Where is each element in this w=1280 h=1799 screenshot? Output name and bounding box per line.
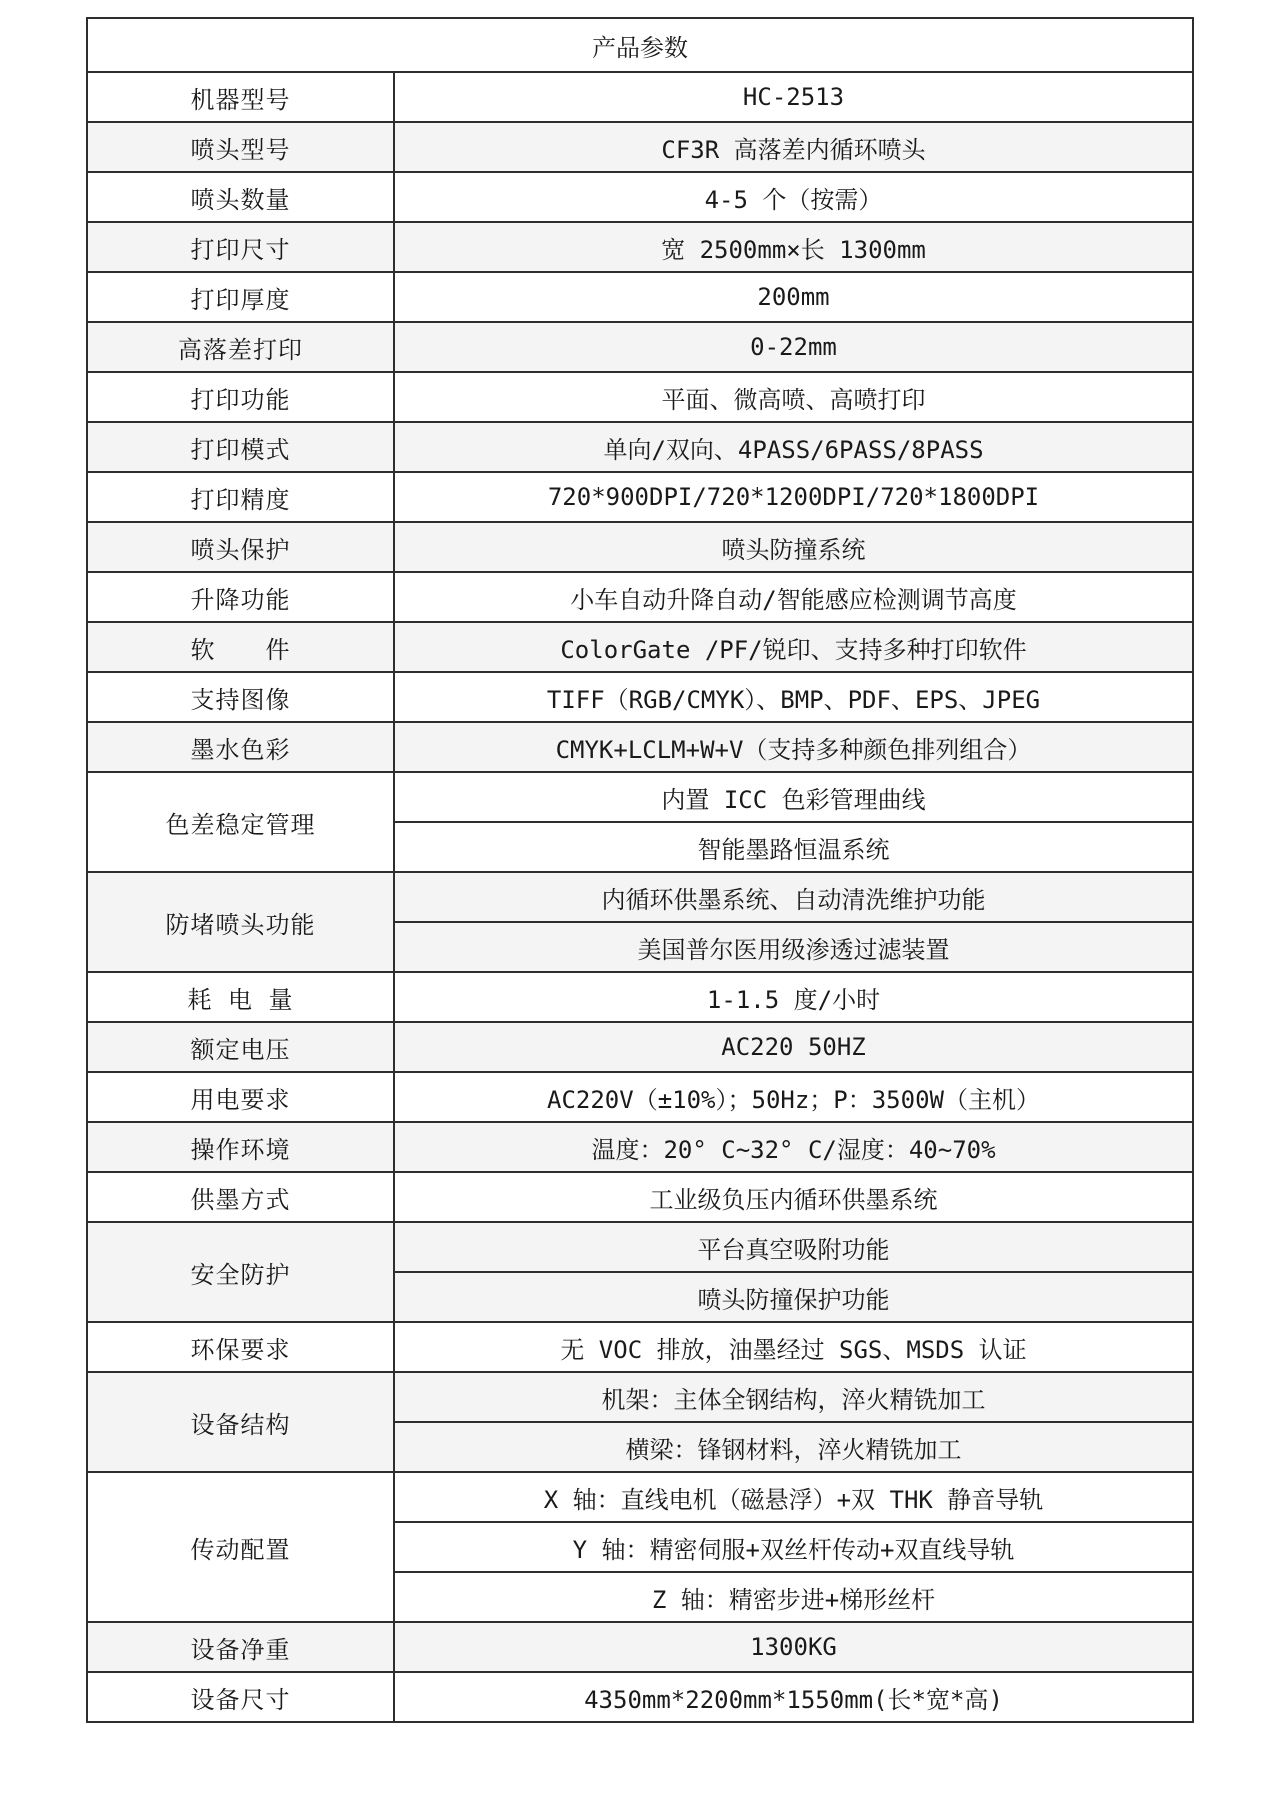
spec-value: 0-22mm <box>394 322 1193 372</box>
spec-value: 温度：20° C~32° C/湿度：40~70% <box>394 1122 1193 1172</box>
spec-label: 喷头型号 <box>87 122 394 172</box>
spec-label: 用电要求 <box>87 1072 394 1122</box>
spec-value: 内循环供墨系统、自动清洗维护功能 <box>394 872 1193 922</box>
spec-value: AC220 50HZ <box>394 1022 1193 1072</box>
spec-value: 宽 2500mm×长 1300mm <box>394 222 1193 272</box>
table-row: 设备净重1300KG <box>87 1622 1193 1672</box>
table-row: 传动配置X 轴：直线电机（磁悬浮）+双 THK 静音导轨 <box>87 1472 1193 1522</box>
table-row: 供墨方式工业级负压内循环供墨系统 <box>87 1172 1193 1222</box>
spec-label: 喷头数量 <box>87 172 394 222</box>
spec-label: 环保要求 <box>87 1322 394 1372</box>
spec-label: 打印尺寸 <box>87 222 394 272</box>
spec-table-body: 机器型号HC-2513喷头型号CF3R 高落差内循环喷头喷头数量4-5 个（按需… <box>87 72 1193 1722</box>
spec-value: 单向/双向、4PASS/6PASS/8PASS <box>394 422 1193 472</box>
spec-value: HC-2513 <box>394 72 1193 122</box>
table-row: 升降功能小车自动升降自动/智能感应检测调节高度 <box>87 572 1193 622</box>
table-title-row: 产品参数 <box>87 18 1193 72</box>
table-row: 打印模式单向/双向、4PASS/6PASS/8PASS <box>87 422 1193 472</box>
spec-label: 升降功能 <box>87 572 394 622</box>
spec-value: 4350mm*2200mm*1550mm(长*宽*高) <box>394 1672 1193 1722</box>
spec-value: 平台真空吸附功能 <box>394 1222 1193 1272</box>
spec-label: 打印精度 <box>87 472 394 522</box>
spec-value: 720*900DPI/720*1200DPI/720*1800DPI <box>394 472 1193 522</box>
spec-value: 喷头防撞系统 <box>394 522 1193 572</box>
spec-value: Y 轴：精密伺服+双丝杆传动+双直线导轨 <box>394 1522 1193 1572</box>
table-row: 额定电压AC220 50HZ <box>87 1022 1193 1072</box>
spec-value: CF3R 高落差内循环喷头 <box>394 122 1193 172</box>
spec-value: 无 VOC 排放，油墨经过 SGS、MSDS 认证 <box>394 1322 1193 1372</box>
spec-value: 美国普尔医用级渗透过滤装置 <box>394 922 1193 972</box>
table-row: 防堵喷头功能内循环供墨系统、自动清洗维护功能 <box>87 872 1193 922</box>
spec-label: 供墨方式 <box>87 1172 394 1222</box>
spec-value: 工业级负压内循环供墨系统 <box>394 1172 1193 1222</box>
spec-value: 4-5 个（按需） <box>394 172 1193 222</box>
table-row: 色差稳定管理内置 ICC 色彩管理曲线 <box>87 772 1193 822</box>
spec-label: 打印功能 <box>87 372 394 422</box>
spec-value: 200mm <box>394 272 1193 322</box>
table-row: 设备尺寸4350mm*2200mm*1550mm(长*宽*高) <box>87 1672 1193 1722</box>
table-row: 打印厚度200mm <box>87 272 1193 322</box>
product-spec-table: 产品参数 机器型号HC-2513喷头型号CF3R 高落差内循环喷头喷头数量4-5… <box>86 17 1194 1723</box>
table-row: 支持图像TIFF（RGB/CMYK）、BMP、PDF、EPS、JPEG <box>87 672 1193 722</box>
spec-value: 内置 ICC 色彩管理曲线 <box>394 772 1193 822</box>
spec-label: 设备结构 <box>87 1372 394 1472</box>
table-row: 打印尺寸宽 2500mm×长 1300mm <box>87 222 1193 272</box>
table-row: 喷头型号CF3R 高落差内循环喷头 <box>87 122 1193 172</box>
spec-label: 机器型号 <box>87 72 394 122</box>
spec-label: 打印厚度 <box>87 272 394 322</box>
spec-value: 1300KG <box>394 1622 1193 1672</box>
table-row: 机器型号HC-2513 <box>87 72 1193 122</box>
table-row: 安全防护平台真空吸附功能 <box>87 1222 1193 1272</box>
spec-label: 传动配置 <box>87 1472 394 1622</box>
spec-value: TIFF（RGB/CMYK）、BMP、PDF、EPS、JPEG <box>394 672 1193 722</box>
table-row: 高落差打印0-22mm <box>87 322 1193 372</box>
spec-value: X 轴：直线电机（磁悬浮）+双 THK 静音导轨 <box>394 1472 1193 1522</box>
spec-label: 软 件 <box>87 622 394 672</box>
table-row: 喷头数量4-5 个（按需） <box>87 172 1193 222</box>
table-row: 设备结构机架：主体全钢结构，淬火精铣加工 <box>87 1372 1193 1422</box>
spec-label: 操作环境 <box>87 1122 394 1172</box>
spec-value: 智能墨路恒温系统 <box>394 822 1193 872</box>
table-row: 打印精度720*900DPI/720*1200DPI/720*1800DPI <box>87 472 1193 522</box>
spec-label: 喷头保护 <box>87 522 394 572</box>
spec-value: 平面、微高喷、高喷打印 <box>394 372 1193 422</box>
spec-label: 支持图像 <box>87 672 394 722</box>
spec-value: 横梁：锋钢材料，淬火精铣加工 <box>394 1422 1193 1472</box>
spec-value: ColorGate /PF/锐印、支持多种打印软件 <box>394 622 1193 672</box>
spec-label: 安全防护 <box>87 1222 394 1322</box>
spec-label: 设备尺寸 <box>87 1672 394 1722</box>
spec-label: 打印模式 <box>87 422 394 472</box>
spec-label: 色差稳定管理 <box>87 772 394 872</box>
spec-label: 耗 电 量 <box>87 972 394 1022</box>
table-row: 操作环境温度：20° C~32° C/湿度：40~70% <box>87 1122 1193 1172</box>
spec-value: Z 轴：精密步进+梯形丝杆 <box>394 1572 1193 1622</box>
spec-label: 设备净重 <box>87 1622 394 1672</box>
spec-label: 额定电压 <box>87 1022 394 1072</box>
spec-value: CMYK+LCLM+W+V（支持多种颜色排列组合） <box>394 722 1193 772</box>
spec-value: 1-1.5 度/小时 <box>394 972 1193 1022</box>
table-row: 环保要求无 VOC 排放，油墨经过 SGS、MSDS 认证 <box>87 1322 1193 1372</box>
table-title: 产品参数 <box>87 18 1193 72</box>
spec-value: AC220V（±10%）；50Hz；P：3500W（主机） <box>394 1072 1193 1122</box>
table-row: 用电要求AC220V（±10%）；50Hz；P：3500W（主机） <box>87 1072 1193 1122</box>
spec-value: 喷头防撞保护功能 <box>394 1272 1193 1322</box>
table-row: 墨水色彩CMYK+LCLM+W+V（支持多种颜色排列组合） <box>87 722 1193 772</box>
table-row: 喷头保护喷头防撞系统 <box>87 522 1193 572</box>
table-row: 耗 电 量1-1.5 度/小时 <box>87 972 1193 1022</box>
table-row: 打印功能平面、微高喷、高喷打印 <box>87 372 1193 422</box>
spec-value: 小车自动升降自动/智能感应检测调节高度 <box>394 572 1193 622</box>
spec-label: 高落差打印 <box>87 322 394 372</box>
table-row: 软 件ColorGate /PF/锐印、支持多种打印软件 <box>87 622 1193 672</box>
spec-label: 防堵喷头功能 <box>87 872 394 972</box>
spec-label: 墨水色彩 <box>87 722 394 772</box>
spec-value: 机架：主体全钢结构，淬火精铣加工 <box>394 1372 1193 1422</box>
